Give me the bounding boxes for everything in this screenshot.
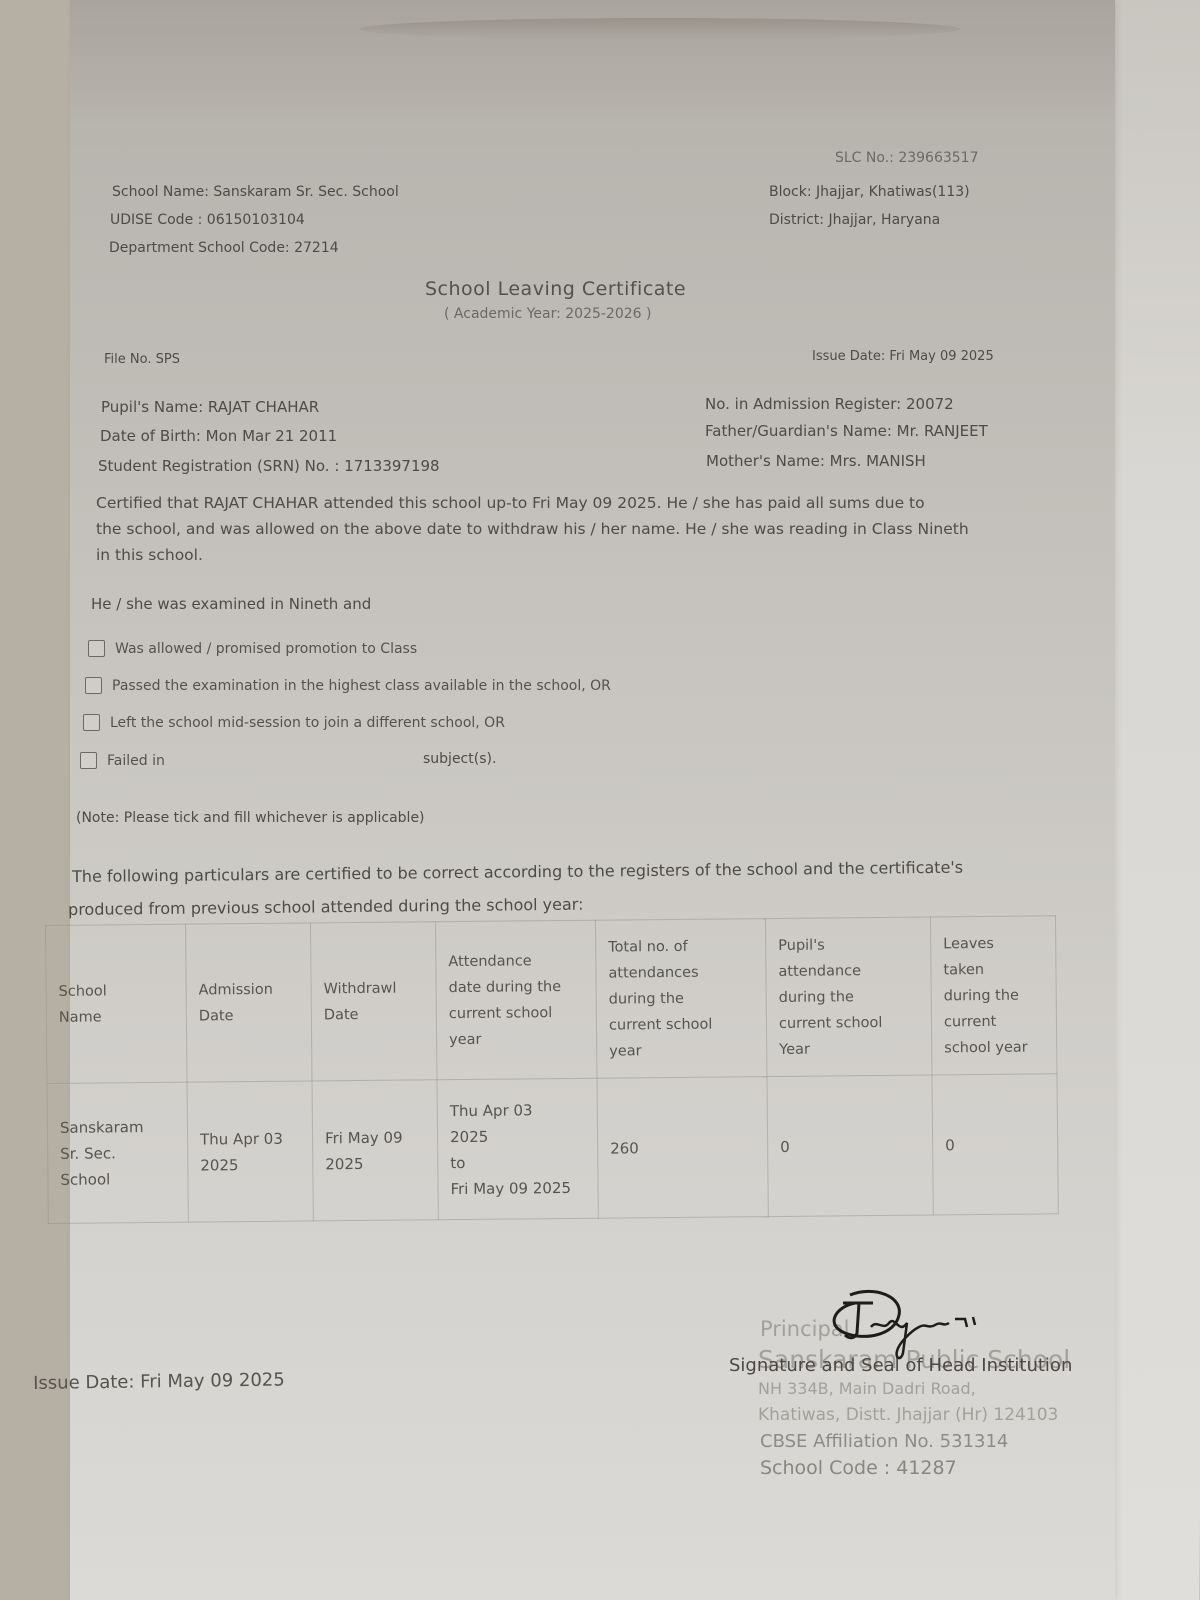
header-total-attendances: Total no. ofattendancesduring thecurrent… (595, 919, 767, 1079)
department-school-code: Department School Code: 27214 (109, 240, 339, 256)
header-pupil-attendance: Pupil'sattendanceduring thecurrent schoo… (765, 917, 932, 1077)
header-withdrawal-date: WithdrawlDate (310, 922, 437, 1081)
udise-code: UDISE Code : 06150103104 (110, 212, 305, 228)
certification-line: the school, and was allowed on the above… (96, 516, 969, 542)
table-row: SanskaramSr. Sec.School Thu Apr 032025 F… (47, 1074, 1058, 1224)
block: Block: Jhajjar, Khatiwas(113) (769, 184, 970, 200)
cell-withdrawal-date: Fri May 092025 (312, 1080, 438, 1221)
examined-in: He / she was examined in Nineth and (91, 595, 371, 613)
cell-leaves-taken: 0 (932, 1074, 1058, 1215)
particulars-table: SchoolName AdmissionDate WithdrawlDate A… (45, 915, 1059, 1224)
stamp-address-1: NH 334B, Main Dadri Road, (758, 1379, 976, 1398)
option-promotion[interactable]: Was allowed / promised promotion to Clas… (88, 640, 417, 657)
certificate-title: School Leaving Certificate (425, 278, 686, 300)
header-leaves-taken: Leavestakenduring thecurrentschool year (930, 916, 1057, 1075)
cell-admission-date: Thu Apr 032025 (187, 1081, 313, 1222)
date-of-birth: Date of Birth: Mon Mar 21 2011 (100, 427, 337, 445)
issue-date-bottom: Issue Date: Fri May 09 2025 (33, 1369, 285, 1394)
cell-total-attendances: 260 (597, 1077, 768, 1219)
option-highest-class[interactable]: Passed the examination in the highest cl… (85, 677, 611, 694)
district: District: Jhajjar, Haryana (769, 212, 940, 228)
stamp-school-code: School Code : 41287 (760, 1457, 957, 1479)
cell-school-name: SanskaramSr. Sec.School (47, 1082, 188, 1223)
cell-pupil-attendance: 0 (767, 1075, 933, 1217)
header-attendance-date: Attendancedate during thecurrent schooly… (435, 920, 597, 1080)
mother-name: Mother's Name: Mrs. MANISH (706, 452, 926, 470)
school-name: School Name: Sanskaram Sr. Sec. School (112, 184, 399, 200)
pupil-name: Pupil's Name: RAJAT CHAHAR (101, 398, 319, 416)
father-guardian-name: Father/Guardian's Name: Mr. RANJEET (705, 422, 988, 440)
table-header-row: SchoolName AdmissionDate WithdrawlDate A… (46, 916, 1057, 1084)
checkbox-left-mid-session[interactable] (83, 714, 100, 731)
option-label: Left the school mid-session to join a di… (110, 715, 505, 731)
option-left-mid-session[interactable]: Left the school mid-session to join a di… (83, 714, 505, 731)
signature-mark-icon (815, 1275, 1015, 1375)
option-label: Passed the examination in the highest cl… (112, 678, 611, 694)
signature-block: Principal Sanskaram Public School NH 334… (725, 1275, 1125, 1515)
srn-number: Student Registration (SRN) No. : 1713397… (98, 457, 440, 475)
failed-subjects-suffix: subject(s). (423, 751, 496, 767)
option-failed[interactable]: Failed in (80, 752, 165, 769)
certification-paragraph: Certified that RAJAT CHAHAR attended thi… (96, 490, 969, 568)
certification-line: Certified that RAJAT CHAHAR attended thi… (96, 490, 969, 516)
certification-line: in this school. (96, 542, 969, 568)
file-number: File No. SPS (104, 352, 180, 367)
option-label: Failed in (107, 753, 165, 769)
cell-attendance-dates: Thu Apr 032025toFri May 09 2025 (437, 1078, 598, 1220)
checkbox-failed[interactable] (80, 752, 97, 769)
header-admission-date: AdmissionDate (185, 923, 312, 1082)
option-label: Was allowed / promised promotion to Clas… (115, 641, 417, 657)
checkbox-promotion[interactable] (88, 640, 105, 657)
header-school-name: SchoolName (46, 924, 188, 1083)
issue-date-top: Issue Date: Fri May 09 2025 (812, 349, 994, 364)
admission-register-number: No. in Admission Register: 20072 (705, 395, 954, 413)
note: (Note: Please tick and fill whichever is… (76, 810, 425, 826)
academic-year: ( Academic Year: 2025-2026 ) (444, 306, 651, 322)
stamp-address-2: Khatiwas, Distt. Jhajjar (Hr) 124103 (758, 1405, 1058, 1425)
paper-crease (360, 18, 960, 40)
checkbox-highest-class[interactable] (85, 677, 102, 694)
stamp-affiliation: CBSE Affiliation No. 531314 (760, 1431, 1008, 1452)
slc-number: SLC No.: 239663517 (835, 150, 979, 166)
